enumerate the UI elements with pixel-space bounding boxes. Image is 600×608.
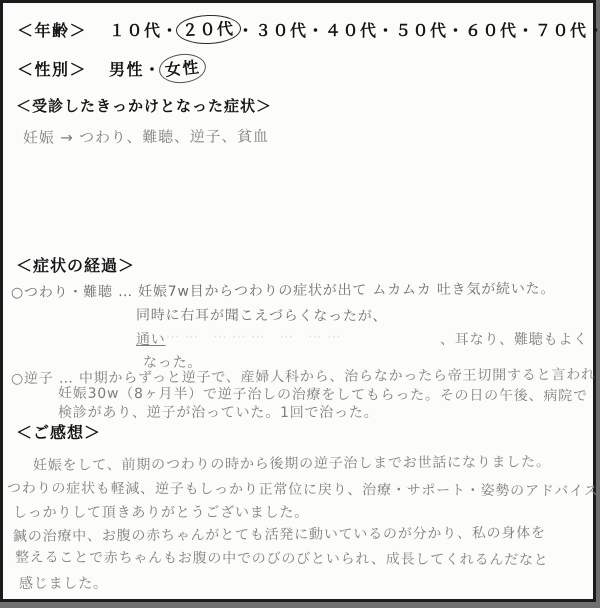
chief-complaint-heading: ＜受診したきっかけとなった症状＞ [16, 95, 272, 116]
handwritten-line: 感じました。 [19, 573, 108, 593]
handwritten-line: 検診があり、逆子が治っていた。1回で治った。 [58, 402, 379, 422]
handwritten-line: 妊娠をして、前期のつわりの時から後期の逆子治しまでお世話になりました。 [33, 451, 551, 475]
gender-circled-label: 女性 [164, 59, 201, 80]
gender-option-before: 男性・ [109, 57, 162, 80]
handwritten-line: 通い ⋯⋯ ⋯⋯⋯ ⋯ ⋯⋯ 、耳なり、難聴もよく [136, 329, 588, 349]
age-label: ＜年齢＞ [17, 18, 87, 41]
age-options-before: １０代・ [109, 18, 179, 41]
handwritten-line: 鍼の治療中、お腹の赤ちゃんがとても活発に動いているのが分かり、私の身体を [13, 522, 546, 546]
gender-circled-option: 女性 [157, 52, 207, 86]
handwritten-line: しっかりして頂きありがとうございました。 [13, 502, 309, 522]
age-options-after: ・３０代・４０代・５０代・６０代・７０代・８０代 [238, 18, 600, 41]
handwritten-fragment: 、耳なり、難聴もよく [440, 329, 588, 349]
impressions-heading: ＜ご感想＞ [16, 420, 101, 443]
chief-complaint-answer: 妊娠 → つわり、難聴、逆子、貧血 [23, 125, 269, 148]
symptom-progress-heading: ＜症状の経過＞ [16, 253, 135, 276]
scanned-questionnaire: ＜年齢＞ １０代・ ２０代 ・３０代・４０代・５０代・６０代・７０代・８０代 ＜… [0, 0, 600, 608]
gender-label: ＜性別＞ [17, 57, 87, 80]
handwritten-line: 同時に右耳が聞こえづらくなったが、 [136, 304, 387, 325]
handwritten-line: つわりの症状も軽減、逆子もしっかり正常位に戻り、治療・サポート・姿勢のアドバイス… [7, 477, 600, 500]
questionnaire-paper: ＜年齢＞ １０代・ ２０代 ・３０代・４０代・５０代・６０代・７０代・８０代 ＜… [0, 0, 596, 602]
handwritten-fragment: 通い [136, 329, 166, 349]
handwritten-line: 整えることで赤ちゃんもお腹の中でのびのびといられ、成長してくれるんだなと [15, 547, 549, 570]
age-circled-option: ２０代 [176, 14, 241, 45]
handwritten-line: ○つわり・難聴 … 妊娠7w目からつわりの症状が出て ムカムカ 吐き気が続いた。 [11, 278, 555, 302]
gender-row: ＜性別＞ 男性・ 女性 [17, 57, 203, 80]
erased-illegible-text: ⋯⋯ ⋯⋯⋯ ⋯ ⋯⋯ [166, 329, 346, 349]
age-row: ＜年齢＞ １０代・ ２０代 ・３０代・４０代・５０代・６０代・７０代・８０代 [17, 18, 600, 41]
age-circled-label: ２０代 [182, 21, 235, 40]
